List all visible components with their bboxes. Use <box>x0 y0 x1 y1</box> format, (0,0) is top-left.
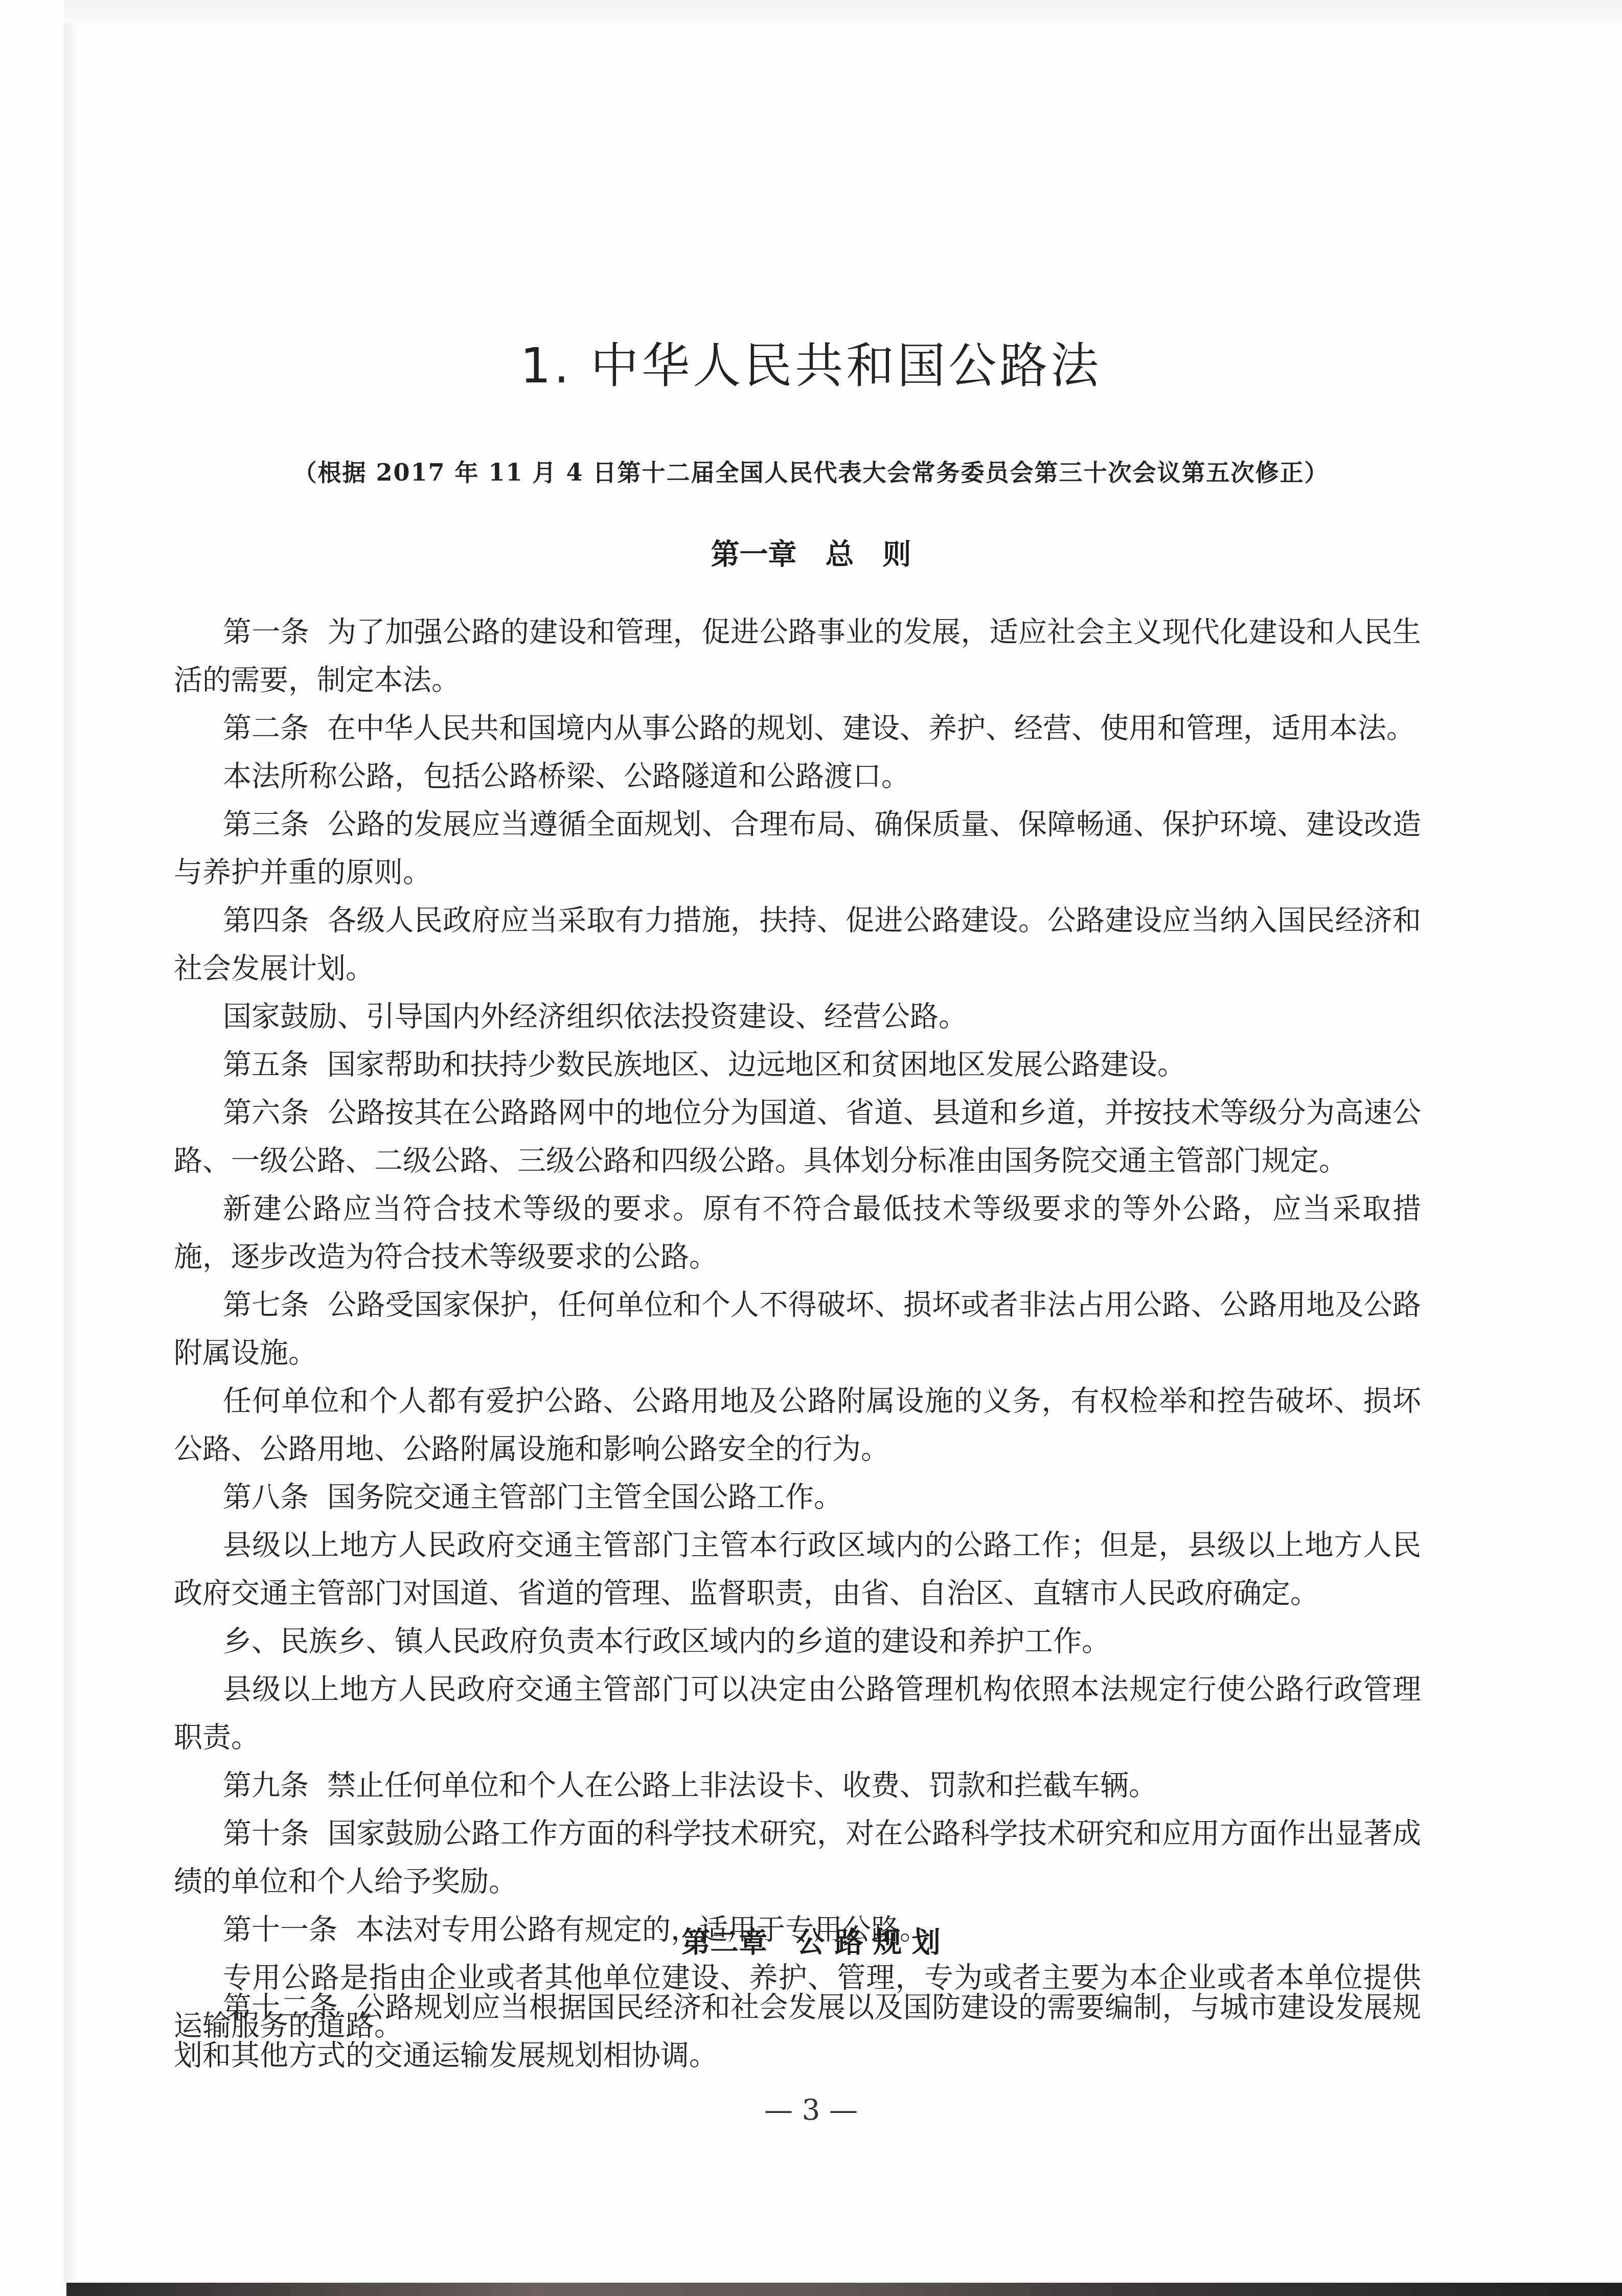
chapter-2-body: 第十二条公路规划应当根据国民经济和社会发展以及国防建设的需要编制，与城市建设发展… <box>174 1984 1421 2080</box>
article-text: 公路的发展应当遵循全面规划、合理布局、确保质量、保障畅通、保护环境、建设改造与养… <box>174 808 1421 889</box>
page-number: — 3 — <box>0 2094 1622 2127</box>
article-text: 公路受国家保护，任何单位和个人不得破坏、损坏或者非法占用公路、公路用地及公路附属… <box>174 1288 1421 1370</box>
article-text: 在中华人民共和国境内从事公路的规划、建设、养护、经营、使用和管理，适用本法。 <box>327 712 1415 745</box>
article-number: 第九条 <box>223 1769 309 1802</box>
article-text: 本法所称公路，包括公路桥梁、公路隧道和公路渡口。 <box>223 760 910 793</box>
article-paragraph: 任何单位和个人都有爱护公路、公路用地及公路附属设施的义务，有权检举和控告破坏、损… <box>174 1377 1421 1473</box>
article-paragraph: 第二条在中华人民共和国境内从事公路的规划、建设、养护、经营、使用和管理，适用本法… <box>174 704 1421 753</box>
article-number: 第二条 <box>223 712 309 745</box>
article-text: 任何单位和个人都有爱护公路、公路用地及公路附属设施的义务，有权检举和控告破坏、损… <box>174 1384 1421 1466</box>
article-text: 国务院交通主管部门主管全国公路工作。 <box>327 1481 842 1514</box>
article-paragraph: 第七条公路受国家保护，任何单位和个人不得破坏、损坏或者非法占用公路、公路用地及公… <box>174 1281 1421 1377</box>
chapter-heading-2: 第二章 公 路 规 划 <box>0 1920 1622 1961</box>
article-number: 第一条 <box>223 616 309 649</box>
article-paragraph: 第五条国家帮助和扶持少数民族地区、边远地区和贫困地区发展公路建设。 <box>174 1041 1421 1089</box>
article-paragraph: 第九条禁止任何单位和个人在公路上非法设卡、收费、罚款和拦截车辆。 <box>174 1762 1421 1810</box>
article-number: 第四条 <box>223 904 309 937</box>
scan-bottom-border <box>66 2283 1622 2296</box>
article-text: 为了加强公路的建设和管理，促进公路事业的发展，适应社会主义现代化建设和人民生活的… <box>174 616 1421 697</box>
article-paragraph: 第三条公路的发展应当遵循全面规划、合理布局、确保质量、保障畅通、保护环境、建设改… <box>174 801 1421 897</box>
article-number: 第三条 <box>223 808 309 841</box>
article-text: 乡、民族乡、镇人民政府负责本行政区域内的乡道的建设和养护工作。 <box>223 1625 1110 1658</box>
document-subtitle: （根据 2017 年 11 月 4 日第十二届全国人民代表大会常务委员会第三十次… <box>0 454 1622 488</box>
article-text: 县级以上地方人民政府交通主管部门可以决定由公路管理机构依照本法规定行使公路行政管… <box>174 1673 1421 1754</box>
article-text: 各级人民政府应当采取有力措施，扶持、促进公路建设。公路建设应当纳入国民经济和社会… <box>174 904 1421 985</box>
chapter-heading-1: 第一章 总 则 <box>0 532 1622 573</box>
article-number: 第十条 <box>223 1817 309 1850</box>
article-paragraph: 县级以上地方人民政府交通主管部门主管本行政区域内的公路工作；但是，县级以上地方人… <box>174 1521 1421 1618</box>
article-paragraph: 新建公路应当符合技术等级的要求。原有不符合最低技术等级要求的等外公路，应当采取措… <box>174 1185 1421 1281</box>
article-paragraph: 第六条公路按其在公路路网中的地位分为国道、省道、县道和乡道，并按技术等级分为高速… <box>174 1089 1421 1185</box>
article-text: 国家帮助和扶持少数民族地区、边远地区和贫困地区发展公路建设。 <box>327 1048 1186 1081</box>
document-page: 1. 中华人民共和国公路法 （根据 2017 年 11 月 4 日第十二届全国人… <box>0 0 1622 2296</box>
article-paragraph: 乡、民族乡、镇人民政府负责本行政区域内的乡道的建设和养护工作。 <box>174 1618 1421 1666</box>
document-title: 1. 中华人民共和国公路法 <box>0 327 1622 396</box>
article-number: 第五条 <box>223 1048 309 1081</box>
article-text: 公路规划应当根据国民经济和社会发展以及国防建设的需要编制，与城市建设发展规划和其… <box>174 1991 1421 2072</box>
article-paragraph: 第十二条公路规划应当根据国民经济和社会发展以及国防建设的需要编制，与城市建设发展… <box>174 1984 1421 2080</box>
article-text: 国家鼓励公路工作方面的科学技术研究，对在公路科学技术研究和应用方面作出显著成绩的… <box>174 1817 1421 1898</box>
chapter-1-body: 第一条为了加强公路的建设和管理，促进公路事业的发展，适应社会主义现代化建设和人民… <box>174 608 1421 2050</box>
article-text: 县级以上地方人民政府交通主管部门主管本行政区域内的公路工作；但是，县级以上地方人… <box>174 1529 1421 1610</box>
article-number: 第十二条 <box>223 1991 338 2024</box>
article-number: 第七条 <box>223 1288 309 1322</box>
article-paragraph: 县级以上地方人民政府交通主管部门可以决定由公路管理机构依照本法规定行使公路行政管… <box>174 1666 1421 1762</box>
article-number: 第六条 <box>223 1096 309 1129</box>
article-text: 国家鼓励、引导国内外经济组织依法投资建设、经营公路。 <box>223 1000 967 1033</box>
article-paragraph: 第四条各级人民政府应当采取有力措施，扶持、促进公路建设。公路建设应当纳入国民经济… <box>174 897 1421 993</box>
article-paragraph: 第八条国务院交通主管部门主管全国公路工作。 <box>174 1473 1421 1521</box>
article-paragraph: 国家鼓励、引导国内外经济组织依法投资建设、经营公路。 <box>174 993 1421 1041</box>
article-text: 禁止任何单位和个人在公路上非法设卡、收费、罚款和拦截车辆。 <box>327 1769 1157 1802</box>
article-text: 公路按其在公路路网中的地位分为国道、省道、县道和乡道，并按技术等级分为高速公路、… <box>174 1096 1421 1177</box>
article-paragraph: 第一条为了加强公路的建设和管理，促进公路事业的发展，适应社会主义现代化建设和人民… <box>174 608 1421 704</box>
article-number: 第八条 <box>223 1481 309 1514</box>
article-text: 新建公路应当符合技术等级的要求。原有不符合最低技术等级要求的等外公路，应当采取措… <box>174 1192 1421 1274</box>
article-paragraph: 第十条国家鼓励公路工作方面的科学技术研究，对在公路科学技术研究和应用方面作出显著… <box>174 1810 1421 1906</box>
article-paragraph: 本法所称公路，包括公路桥梁、公路隧道和公路渡口。 <box>174 753 1421 801</box>
